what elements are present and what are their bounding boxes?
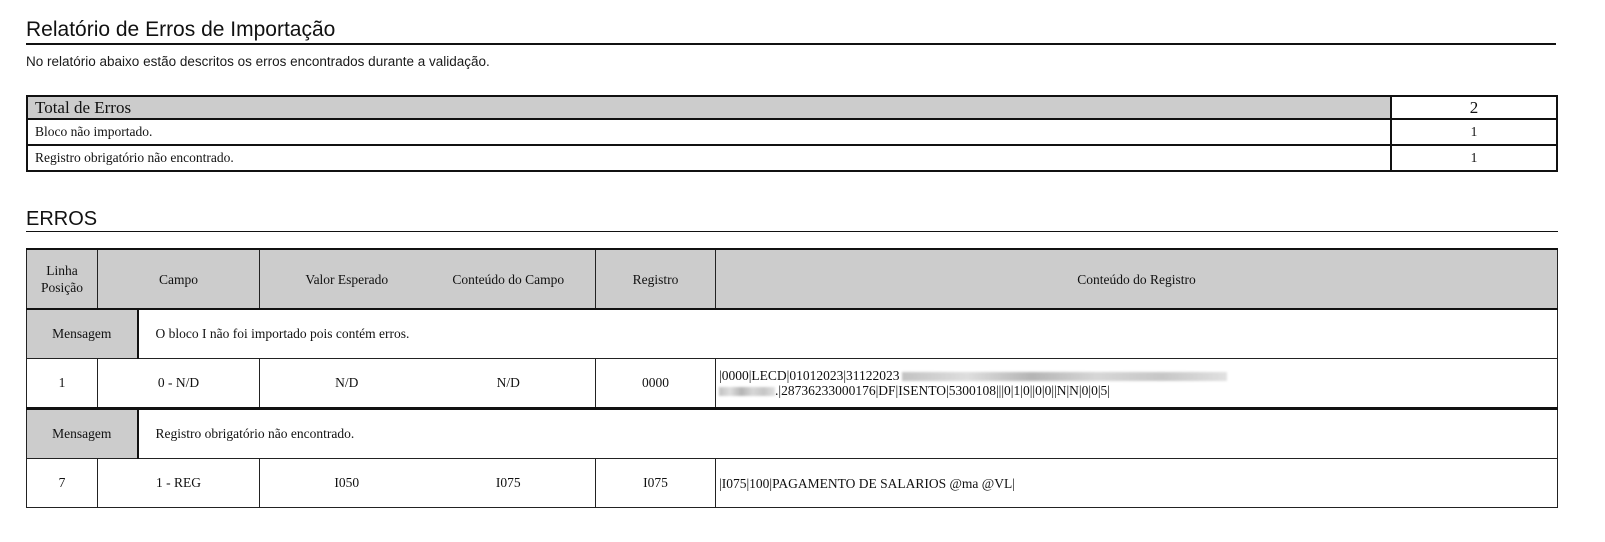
message-row: Mensagem Registro obrigatório não encont… — [27, 409, 1558, 459]
col-header-valor-esperado: Valor Esperado — [266, 271, 428, 288]
cell-conteudo-registro: |0000|LECD|01012023|31122023 .|287362330… — [716, 359, 1558, 409]
summary-item-label: Bloco não importado. — [27, 119, 1391, 145]
cell-registro: I075 — [596, 459, 716, 508]
cell-campo: 0 - N/D — [98, 359, 260, 409]
message-text: O bloco I não foi importado pois contém … — [138, 309, 1558, 359]
cell-registro: 0000 — [596, 359, 716, 409]
error-row: 1 0 - N/D N/D N/D 0000 |0000|LECD|010120… — [27, 359, 1558, 409]
redacted-text — [902, 372, 1227, 381]
cell-conteudo-campo: I075 — [428, 475, 590, 491]
cell-valor-conteudo: N/D N/D — [260, 359, 596, 409]
col-header-campo: Campo — [98, 249, 260, 309]
error-row: 7 1 - REG I050 I075 I075 |I075|100|PAGAM… — [27, 459, 1558, 508]
report-title: Relatório de Erros de Importação — [26, 17, 1556, 45]
summary-item-count: 1 — [1391, 119, 1557, 145]
message-label: Mensagem — [27, 309, 138, 359]
summary-total-count: 2 — [1391, 96, 1557, 119]
cell-linha: 7 — [27, 459, 98, 508]
cell-conteudo-registro: |I075|100|PAGAMENTO DE SALARIOS @ma @VL| — [716, 459, 1558, 508]
summary-total-label: Total de Erros — [27, 96, 1391, 119]
summary-item-count: 1 — [1391, 145, 1557, 171]
cell-valor-esperado: N/D — [266, 375, 428, 391]
cell-linha: 1 — [27, 359, 98, 409]
errors-header-row: Linha Posição Campo Valor Esperado Conte… — [27, 249, 1558, 309]
message-label: Mensagem — [27, 409, 138, 459]
cell-conteudo-campo: N/D — [428, 375, 590, 391]
cell-campo: 1 - REG — [98, 459, 260, 508]
col-header-conteudo-campo: Conteúdo do Campo — [428, 271, 590, 288]
errors-section-title: ERROS — [26, 207, 1558, 232]
summary-header-row: Total de Erros 2 — [27, 96, 1557, 119]
redacted-text — [719, 387, 775, 396]
message-row: Mensagem O bloco I não foi importado poi… — [27, 309, 1558, 359]
col-header-conteudo-registro: Conteúdo do Registro — [716, 249, 1558, 309]
report-subtitle: No relatório abaixo estão descritos os e… — [26, 53, 490, 71]
cell-valor-esperado: I050 — [266, 475, 428, 491]
errors-table: Linha Posição Campo Valor Esperado Conte… — [26, 248, 1558, 508]
summary-item-label: Registro obrigatório não encontrado. — [27, 145, 1391, 171]
message-text: Registro obrigatório não encontrado. — [138, 409, 1558, 459]
summary-row: Bloco não importado. 1 — [27, 119, 1557, 145]
cell-valor-conteudo: I050 I075 — [260, 459, 596, 508]
col-header-valor-conteudo: Valor Esperado Conteúdo do Campo — [260, 249, 596, 309]
error-summary-table: Total de Erros 2 Bloco não importado. 1 … — [26, 95, 1558, 172]
col-header-registro: Registro — [596, 249, 716, 309]
col-header-linha: Linha Posição — [27, 249, 98, 309]
summary-row: Registro obrigatório não encontrado. 1 — [27, 145, 1557, 171]
